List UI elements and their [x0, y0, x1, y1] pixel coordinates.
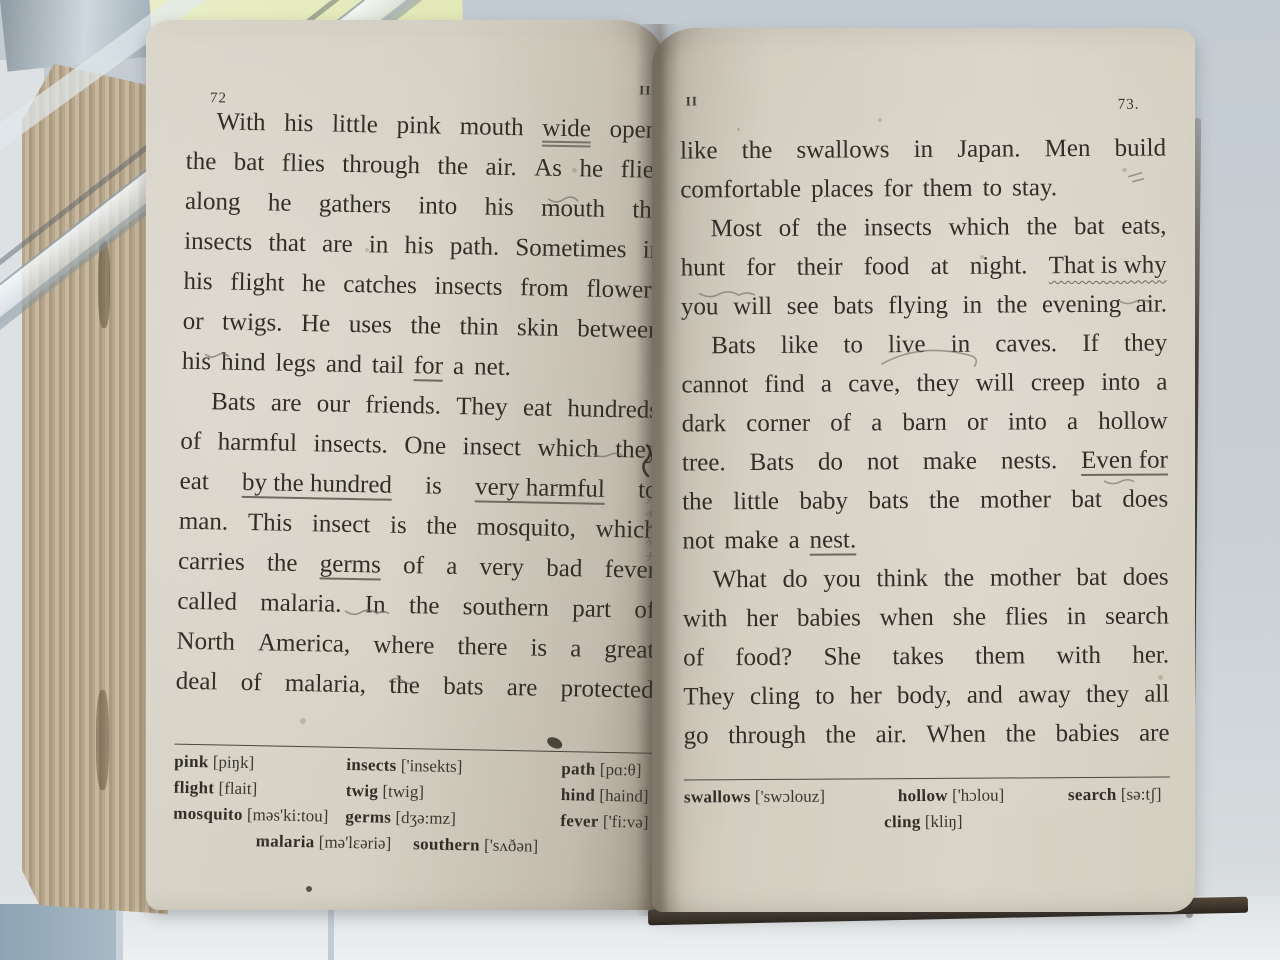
text-line: tree.Batsdonotmakenests.Even for	[682, 447, 1168, 489]
text-line: dealofmalaria,thebatsareprotected	[175, 668, 654, 717]
text-line: notmakeanest.	[682, 525, 1168, 567]
vocabulary-right: swallows ['swɔlouz]hollow ['hɔlou]search…	[684, 777, 1170, 840]
text-line: darkcornerofabarnorintoahollow	[682, 408, 1168, 450]
text-line: Batsliketoliveincaves.Ifthey	[681, 330, 1167, 372]
vocab-entry: path [pɑ:θ]	[561, 759, 652, 787]
text-line: offood?Shetakesthemwithher.	[683, 642, 1169, 684]
text-line: Mostoftheinsectswhichthebateats,	[680, 213, 1166, 255]
left-page: 72 II Withhislittlepinkmouthwideopen,the…	[146, 20, 664, 910]
page-number-right: 73.	[1118, 97, 1140, 114]
running-head-right: II	[686, 93, 698, 109]
vocab-entry: germs [dʒə:mz]	[345, 807, 561, 837]
vocabulary-left: pink [piŋk]insects ['insekts]path [pɑ:θ]…	[172, 744, 652, 865]
vocab-entry: twig [twig]	[346, 781, 562, 811]
text-line: thelittlebabybatsthemotherbatdoes	[682, 486, 1168, 528]
vocab-entry: southern ['sʌðən]	[413, 834, 538, 862]
text-line: cannotfindacave,theywillcreepintoa	[681, 369, 1167, 411]
body-text-right: liketheswallowsinJapan.Menbuildcomfortab…	[680, 135, 1170, 762]
text-line: gothroughtheair.Whenthebabiesare	[684, 720, 1170, 762]
text-line: huntfortheirfoodatnight.That is why	[681, 252, 1167, 294]
vocab-entry: search [sə:tʃ]	[1068, 785, 1170, 812]
vocab-entry: malaria [mə'lɛəriə]	[255, 831, 391, 860]
vocab-entry: insects ['insekts]	[346, 755, 562, 785]
text-line: Whatdoyouthinkthemotherbatdoes	[683, 564, 1169, 606]
vocab-entry: flight [flait]	[173, 778, 346, 807]
right-page: II 73. liketheswallowsinJapan.Menbuildco…	[652, 28, 1195, 912]
vocab-entry: swallows ['swɔlouz]	[684, 786, 898, 813]
page-edge-stain	[98, 240, 110, 328]
vocab-rule	[684, 777, 1170, 781]
text-line: youwillseebatsflyingintheeveningair.	[681, 291, 1167, 333]
vocab-entry: hind [haind]	[561, 785, 652, 813]
vocab-entry: mosquito [məs'ki:tou]	[173, 804, 346, 833]
shelf-line	[116, 904, 123, 960]
vocab-entry: cling [kliŋ]	[884, 812, 963, 838]
vocab-row: cling [kliŋ]	[684, 811, 1170, 840]
shelf-bracket	[0, 904, 118, 960]
text-line: withherbabieswhenshefliesinsearch	[683, 603, 1169, 645]
vocab-entry: hollow ['hɔlou]	[898, 785, 1068, 812]
text-line: Theyclingtoherbody,andawaytheyall	[683, 681, 1169, 723]
vocab-entry: pink [piŋk]	[174, 752, 347, 781]
page-number-left: 72	[210, 90, 227, 107]
vocab-entry: fever ['fi:və]	[560, 811, 651, 839]
book-photo: 72 II Withhislittlepinkmouthwideopen,the…	[0, 0, 1280, 960]
page-edge-stain	[96, 690, 109, 790]
body-text-left: Withhislittlepinkmouthwideopen,thebatfli…	[175, 108, 664, 717]
vocab-row: swallows ['swɔlouz]hollow ['hɔlou]search…	[684, 785, 1170, 814]
text-line: liketheswallowsinJapan.Menbuild	[680, 135, 1166, 177]
text-line: comfortableplacesforthemtostay.	[680, 174, 1166, 216]
